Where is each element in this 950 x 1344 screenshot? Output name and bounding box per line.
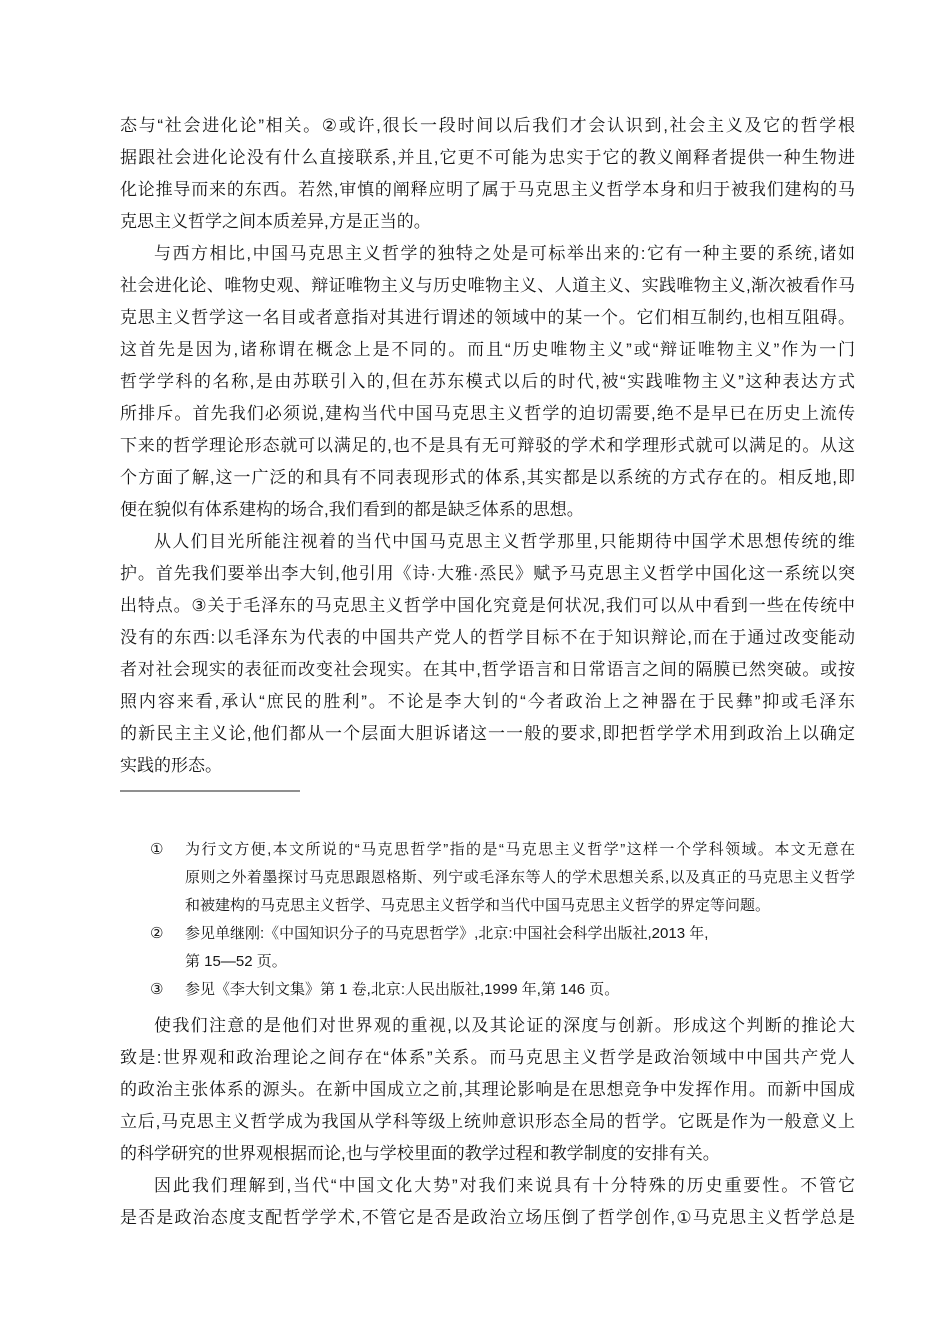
text-line: 为行文方便,本文所说的“马克思哲学”指的是“马克思主义哲学”这样一个学科领域。本… xyxy=(185,836,855,864)
paragraph: 使我们注意的是他们对世界观的重视,以及其论证的深度与创新。形成这个判断的推论大致… xyxy=(120,1010,855,1170)
text-line: 的新民主主义论,他们都从一个层面大胆诉诸这一一般的要求,即把哲学学术用到政治上以… xyxy=(120,718,855,750)
paragraph: 态与“社会进化论”相关。②或许,很长一段时间以后我们才会认识到,社会主义及它的哲… xyxy=(120,110,855,238)
footnote-marker: ③ xyxy=(150,976,185,1004)
text-line: 据跟社会进化论没有什么直接联系,并且,它更不可能为忠实于它的教义阐释者提供一种生… xyxy=(120,142,855,174)
text-line: 出特点。③关于毛泽东的马克思主义哲学中国化究竟是何状况,我们可以从中看到一些在传… xyxy=(120,590,855,622)
footnote-separator xyxy=(120,790,300,792)
text-line: 因此我们理解到,当代“中国文化大势”对我们来说具有十分特殊的历史重要性。不管它 xyxy=(120,1170,855,1202)
text-line: 所排斥。首先我们必须说,建构当代中国马克思主义哲学的迫切需要,绝不是早已在历史上… xyxy=(120,398,855,430)
text-line: 立后,马克思主义哲学成为我国从学科等级上统帅意识形态全局的哲学。它既是作为一般意… xyxy=(120,1106,855,1138)
text-line: 这首先是因为,诸称谓在概念上是不同的。而且“历史唯物主义”或“辩证唯物主义”作为… xyxy=(120,334,855,366)
text-line: 从人们目光所能注视着的当代中国马克思主义哲学那里,只能期待中国学术思想传统的维 xyxy=(120,526,855,558)
text-line: 者对社会现实的表征而改变社会现实。在其中,哲学语言和日常语言之间的隔膜已然突破。… xyxy=(120,654,855,686)
text-line: 参见单继刚:《中国知识分子的马克思哲学》,北京:中国社会科学出版社,2013 年… xyxy=(185,920,855,948)
text-line: 社会进化论、唯物史观、辩证唯物主义与历史唯物主义、人道主义、实践唯物主义,渐次被… xyxy=(120,270,855,302)
footnote-text: 参见单继刚:《中国知识分子的马克思哲学》,北京:中国社会科学出版社,2013 年… xyxy=(185,920,855,976)
text-line: 参见《李大钊文集》第 1 卷,北京:人民出版社,1999 年,第 146 页。 xyxy=(185,976,855,1004)
text-line: 哲学学科的名称,是由苏联引入的,但在苏东模式以后的时代,被“实践唯物主义”这种表… xyxy=(120,366,855,398)
text-line: 护。首先我们要举出李大钊,他引用《诗·大雅·烝民》赋予马克思主义哲学中国化这一系… xyxy=(120,558,855,590)
footnotes-section: ①为行文方便,本文所说的“马克思哲学”指的是“马克思主义哲学”这样一个学科领域。… xyxy=(120,836,855,1004)
text-line: 致是:世界观和政治理论之间存在“体系”关系。而马克思主义哲学是政治领域中中国共产… xyxy=(120,1042,855,1074)
text-line: 化论推导而来的东西。若然,审慎的阐释应明了属于马克思主义哲学本身和归于被我们建构… xyxy=(120,174,855,206)
text-line: 的政治主张体系的源头。在新中国成立之前,其理论影响是在思想竞争中发挥作用。而新中… xyxy=(120,1074,855,1106)
paragraph: 从人们目光所能注视着的当代中国马克思主义哲学那里,只能期待中国学术思想传统的维护… xyxy=(120,526,855,782)
text-line: 没有的东西:以毛泽东为代表的中国共产党人的哲学目标不在于知识辩论,而在于通过改变… xyxy=(120,622,855,654)
text-line: 的科学研究的世界观根据而论,也与学校里面的教学过程和教学制度的安排有关。 xyxy=(120,1138,855,1170)
text-line: 克思主义哲学之间本质差异,方是正当的。 xyxy=(120,206,855,238)
text-line: 与西方相比,中国马克思主义哲学的独特之处是可标举出来的:它有一种主要的系统,诸如 xyxy=(120,238,855,270)
text-line: 实践的形态。 xyxy=(120,750,855,782)
document-page: 态与“社会进化论”相关。②或许,很长一段时间以后我们才会认识到,社会主义及它的哲… xyxy=(0,0,950,1344)
paragraph: 与西方相比,中国马克思主义哲学的独特之处是可标举出来的:它有一种主要的系统,诸如… xyxy=(120,238,855,526)
text-line: 便在貌似有体系建构的场合,我们看到的都是缺乏体系的思想。 xyxy=(120,494,855,526)
footnote-marker: ② xyxy=(150,920,185,948)
text-line: 第 15—52 页。 xyxy=(185,948,855,976)
text-line: 和被建构的马克思主义哲学、马克思主义哲学和当代中国马克思主义哲学的界定等问题。 xyxy=(185,892,855,920)
footnote: ②参见单继刚:《中国知识分子的马克思哲学》,北京:中国社会科学出版社,2013 … xyxy=(120,920,855,976)
text-line: 克思主义哲学这一名目或者意指对其进行谓述的领域中的某一个。它们相互制约,也相互阻… xyxy=(120,302,855,334)
body-text-block-bottom: 使我们注意的是他们对世界观的重视,以及其论证的深度与创新。形成这个判断的推论大致… xyxy=(120,1010,855,1234)
text-line: 态与“社会进化论”相关。②或许,很长一段时间以后我们才会认识到,社会主义及它的哲… xyxy=(120,110,855,142)
footnote-text: 参见《李大钊文集》第 1 卷,北京:人民出版社,1999 年,第 146 页。 xyxy=(185,976,855,1004)
text-line: 使我们注意的是他们对世界观的重视,以及其论证的深度与创新。形成这个判断的推论大 xyxy=(120,1010,855,1042)
paragraph: 因此我们理解到,当代“中国文化大势”对我们来说具有十分特殊的历史重要性。不管它是… xyxy=(120,1170,855,1234)
footnote: ①为行文方便,本文所说的“马克思哲学”指的是“马克思主义哲学”这样一个学科领域。… xyxy=(120,836,855,920)
text-line: 原则之外着墨探讨马克思跟恩格斯、列宁或毛泽东等人的学术思想关系,以及真正的马克思… xyxy=(185,864,855,892)
footnote-marker: ① xyxy=(150,836,185,864)
text-line: 个方面了解,这一广泛的和具有不同表现形式的体系,其实都是以系统的方式存在的。相反… xyxy=(120,462,855,494)
body-text-block-top: 态与“社会进化论”相关。②或许,很长一段时间以后我们才会认识到,社会主义及它的哲… xyxy=(120,110,855,782)
footnote: ③参见《李大钊文集》第 1 卷,北京:人民出版社,1999 年,第 146 页。 xyxy=(120,976,855,1004)
text-line: 下来的哲学理论形态就可以满足的,也不是具有无可辩驳的学术和学理形式就可以满足的。… xyxy=(120,430,855,462)
footnote-text: 为行文方便,本文所说的“马克思哲学”指的是“马克思主义哲学”这样一个学科领域。本… xyxy=(185,836,855,920)
text-line: 是否是政治态度支配哲学学术,不管它是否是政治立场压倒了哲学创作,①马克思主义哲学… xyxy=(120,1202,855,1234)
text-line: 照内容来看,承认“庶民的胜利”。不论是李大钊的“今者政治上之神器在于民彝”抑或毛… xyxy=(120,686,855,718)
